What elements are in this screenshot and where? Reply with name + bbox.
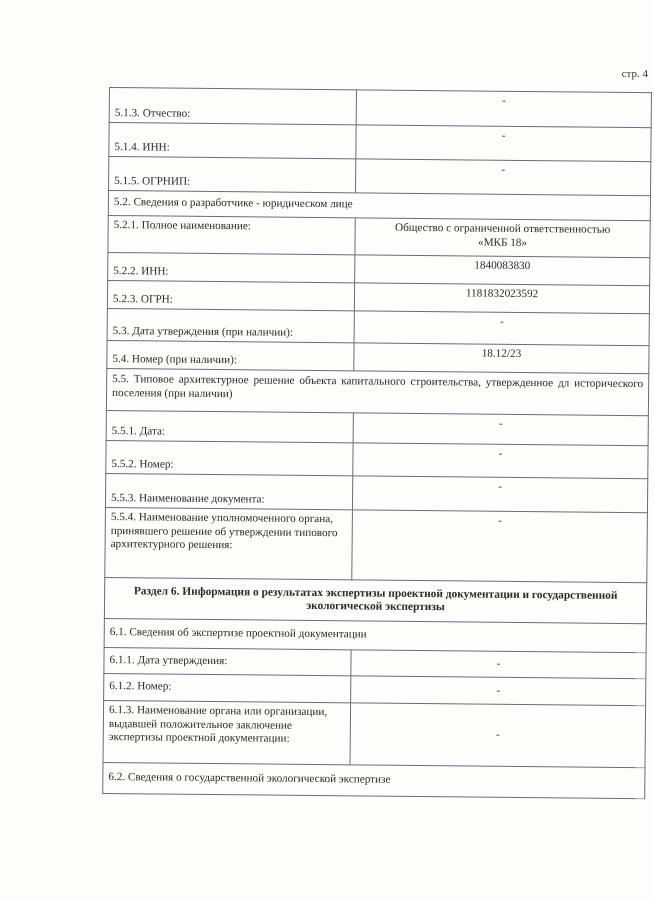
section-6-title: Раздел 6. Информация о результатах экспе… — [104, 577, 646, 623]
document-table: 5.1.3. Отчество: - 5.1.4. ИНН: - 5.1.5. … — [102, 87, 652, 799]
label-inn-ip: 5.1.4. ИНН: — [109, 123, 356, 159]
value-full-name-line1: Общество с ограниченной ответственностью — [361, 221, 645, 237]
value-authorized-body: - — [352, 510, 648, 583]
value-full-name-line2: «МКБ 18» — [360, 235, 644, 251]
subsection-ecological-expertise: 6.2. Сведения о государственной экологич… — [103, 762, 645, 798]
row-5-1-4: 5.1.4. ИНН: - — [109, 123, 651, 162]
label-expertise-date: 6.1.1. Дата утверждения: — [104, 647, 351, 675]
label-expertise-organization: 6.1.3. Наименование органа или организац… — [103, 700, 351, 764]
label-ogrn: 5.2.3. ОГРН: — [107, 280, 354, 310]
row-6-2: 6.2. Сведения о государственной экологич… — [103, 762, 645, 798]
subsection-typical-architectural-solution: 5.5. Типовое архитектурное решение объек… — [106, 368, 648, 415]
value-typical-number: - — [353, 443, 648, 479]
label-approval-date: 5.3. Дата утверждения (при наличии): — [107, 308, 354, 342]
value-inn-ip: - — [356, 125, 651, 162]
row-5-5-4: 5.5.4. Наименование уполномоченного орга… — [105, 507, 648, 582]
row-5-1-5: 5.1.5. ОГРНИП: - — [109, 157, 651, 196]
value-ogrn: 1181832023592 — [354, 283, 649, 314]
row-5-5-3: 5.5.3. Наименование документа: - — [105, 473, 647, 512]
label-document-name: 5.5.3. Наименование документа: — [105, 473, 352, 509]
row-6-1-3: 6.1.3. Наименование органа или организац… — [103, 700, 646, 767]
row-5-2-1: 5.2.1. Полное наименование: Общество с о… — [108, 215, 650, 257]
label-ogrnip: 5.1.5. ОГРНИП: — [109, 157, 356, 193]
label-expertise-number: 6.1.2. Номер: — [104, 673, 351, 702]
label-date: 5.5.1. Дата: — [106, 410, 353, 442]
row-5-3: 5.3. Дата утверждения (при наличии): - — [107, 308, 649, 345]
label-patronymic: 5.1.3. Отчество: — [109, 88, 356, 125]
value-date: - — [353, 413, 648, 446]
value-inn: 1840083830 — [355, 255, 650, 286]
row-5-5: 5.5. Типовое архитектурное решение объек… — [106, 368, 648, 415]
value-number: 18.12/23 — [354, 343, 649, 374]
label-authorized-body: 5.5.4. Наименование уполномоченного орга… — [105, 507, 353, 579]
row-5-5-2: 5.5.2. Номер: - — [106, 440, 648, 478]
row-5-1-3: 5.1.3. Отчество: - — [109, 88, 651, 128]
label-number: 5.4. Номер (при наличии): — [107, 340, 354, 370]
value-expertise-date: - — [351, 650, 646, 679]
value-expertise-number: - — [351, 676, 646, 706]
value-approval-date: - — [354, 311, 649, 346]
value-ogrnip: - — [355, 159, 650, 196]
value-patronymic: - — [356, 90, 651, 128]
value-expertise-organization: - — [350, 703, 646, 768]
label-full-name: 5.2.1. Полное наименование: — [108, 215, 355, 254]
label-inn: 5.2.2. ИНН: — [108, 252, 355, 282]
value-full-name: Общество с ограниченной ответственностью… — [355, 218, 650, 258]
page-number: стр. 4 — [622, 68, 648, 80]
value-document-name: - — [352, 476, 647, 513]
row-section-6: Раздел 6. Информация о результатах экспе… — [104, 577, 646, 623]
label-typical-number: 5.5.2. Номер: — [106, 440, 353, 475]
